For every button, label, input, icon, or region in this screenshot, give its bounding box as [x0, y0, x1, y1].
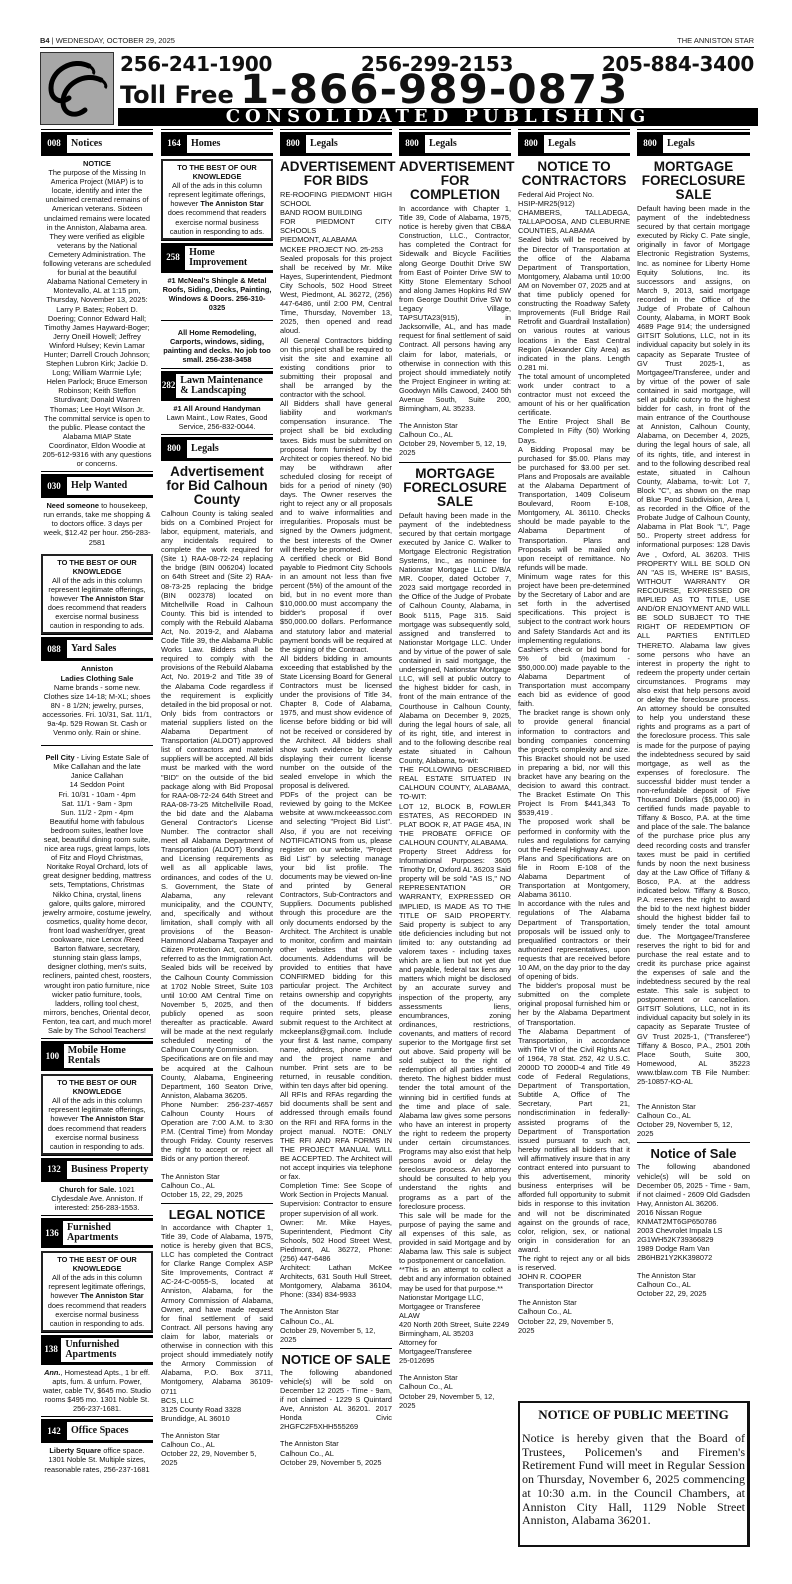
sig-line: October 22, 29, November 5, 2025 — [518, 1317, 630, 1335]
legal-paragraph: Owner: Mr. Mike Hayes, Superintendent, P… — [280, 1218, 392, 1263]
attorney-address: Nationstar Mortgage LLC, Mortgagee or Tr… — [399, 1293, 511, 1366]
sig-line: Calhoun Co., AL — [637, 1280, 750, 1289]
legal-paragraph: Supervision: Contractor to ensure proper… — [280, 1199, 392, 1217]
legal-paragraph: Sealed proposals for this project shall … — [280, 254, 392, 336]
column-5: 800Legals NOTICE TO CONTRACTORS Federal … — [518, 130, 630, 1335]
page-folio: B4 | WEDNESDAY, OCTOBER 29, 2025 THE ANN… — [40, 36, 754, 48]
legal-paragraph: The right to reject any or all bids is r… — [518, 1254, 630, 1272]
section-code: 138 — [41, 1338, 61, 1362]
section-header-lawn: 282Lawn Maintenance & Landscaping — [161, 371, 273, 401]
disclaimer-paper: The Anniston Star — [80, 594, 143, 603]
sig-line: October 29, November 5, 12, 2025 — [280, 1326, 392, 1344]
sig-line: Calhoun Co., AL — [399, 1382, 511, 1391]
sig-line: Calhoun Co., AL — [161, 1440, 273, 1449]
legal-paragraph: Completion Time: See Scope of Work Secti… — [280, 1181, 392, 1199]
legal-paragraph: The bracket range is shown only to provi… — [518, 708, 630, 817]
disclaimer-title: TO THE BEST OF OUR KNOWLEDGE — [177, 163, 257, 181]
notice-of-sale-title: Notice of Sale — [637, 1147, 750, 1160]
sig-line: October 29, November 5, 12, 2025 — [399, 1392, 511, 1410]
column-2: 164Homes TO THE BEST OF OUR KNOWLEDGEAll… — [161, 130, 273, 1467]
publication-info: The Anniston StarCalhoun Co., ALOctober … — [161, 1431, 273, 1467]
vehicle-line: 2B6HB21Y2KK398072 — [637, 1253, 750, 1262]
sig-line: Calhoun Co., AL — [161, 1181, 273, 1190]
newspaper-name: THE ANNISTON STAR — [677, 36, 754, 47]
section-code: 800 — [518, 135, 544, 153]
sig-line: Calhoun Co., AL — [280, 1317, 392, 1326]
section-code: 258 — [161, 246, 185, 270]
sig-line: The Anniston Star — [280, 1307, 392, 1316]
publication-info: The Anniston StarCalhoun Co., ALOctober … — [161, 1172, 273, 1199]
disclaimer-text-2: does recommend that readers exercise nor… — [48, 1301, 147, 1328]
addr-line: Brundidge, AL 36010 — [161, 1414, 273, 1423]
addr-line: 25-012695 — [399, 1356, 511, 1365]
sig-line: The Anniston Star — [637, 1102, 750, 1111]
section-header-business-property: 132Business Property — [41, 1158, 153, 1182]
legal-paragraph: **This is an attempt to collect a debt a… — [399, 1265, 511, 1292]
project-heading: RE-ROOFING PIEDMONT HIGH SCHOOLBAND ROOM… — [280, 190, 392, 254]
notice-of-sale-title: NOTICE OF SALE — [280, 1353, 392, 1366]
addr-line: Birmingham, AL 35203 — [399, 1329, 511, 1338]
notice-body: The purpose of the Missing In America Pr… — [42, 168, 152, 414]
head-line: MCKEE PROJECT NO. 25-253 — [280, 245, 392, 254]
disclaimer-title: TO THE BEST OF OUR KNOWLEDGE — [57, 1078, 137, 1096]
column-1: 008Notices NOTICE The purpose of the Mis… — [41, 130, 153, 1478]
legal-paragraph: Plans and Specifications are on file in … — [518, 854, 630, 899]
ad-lead: Pell City — [45, 753, 74, 762]
section-code: 008 — [41, 135, 67, 153]
divider — [637, 1142, 750, 1143]
toll-free: Toll Free 1-866-989-0873 — [120, 73, 754, 112]
legal-ad-title: ADVERTISEMENT FOR BIDS — [280, 160, 392, 188]
head-line: CHAMBERS, TALLADEGA, TALLAPOOSA, AND CLE… — [518, 208, 630, 235]
legal-paragraph: The proposed work shall be performed in … — [518, 817, 630, 853]
disclaimer-box: TO THE BEST OF OUR KNOWLEDGEAll of the a… — [41, 554, 153, 635]
sig-line: Calhoun Co., AL — [637, 1111, 750, 1120]
publication-info: The Anniston StarCalhoun Co., ALOctober … — [637, 1102, 750, 1138]
section-code: 800 — [637, 135, 663, 153]
legal-paragraph: All RFIs and RFAs regarding the bid docu… — [280, 1090, 392, 1181]
section-code: 142 — [41, 1422, 67, 1440]
section-title: Office Spaces — [67, 1422, 133, 1440]
notice-body-2: The committal service is open to the pub… — [42, 414, 152, 469]
section-code: 800 — [280, 135, 306, 153]
legal-paragraph: All Bidders shall have general liability… — [280, 399, 392, 554]
disclaimer-box: TO THE BEST OF OUR KNOWLEDGEAll of the a… — [41, 1251, 153, 1332]
section-code: 282 — [161, 374, 176, 398]
section-title: Yard Sales — [67, 640, 120, 658]
disclaimer-paper: The Anniston Star — [80, 1291, 143, 1300]
head-line: PIEDMONT, ALABAMA — [280, 235, 392, 244]
toll-free-number: 1-866-989-0873 — [240, 73, 628, 107]
legal-notice-title: LEGAL NOTICE — [161, 1208, 273, 1221]
vehicle-line: KNMAT2MT6GP650786 — [637, 1217, 750, 1226]
signer: JOHN R. COOPERTransportation Director — [518, 1272, 630, 1290]
vehicle-line: 2016 Nissan Rogue — [637, 1208, 750, 1217]
legal-ad-title: Advertisement for Bid Calhoun County — [161, 465, 273, 507]
section-code: 132 — [41, 1161, 67, 1179]
sig-line: October 22, 29, November 5, 2025 — [161, 1449, 273, 1467]
section-header-homes: 164Homes — [161, 132, 273, 156]
section-title: Legals — [544, 135, 580, 153]
section-code: 164 — [161, 135, 187, 153]
notice-heading: NOTICE — [42, 159, 152, 168]
public-meeting-body: Notice is hereby given that the Board of… — [522, 1432, 745, 1528]
section-header-home-improvement: 258Home Improvement — [161, 243, 273, 273]
publication-info: The Anniston StarCalhoun Co., ALOctober … — [518, 1298, 630, 1334]
legal-paragraph: In accordance with the rules and regulat… — [518, 899, 630, 981]
page-number: B4 — [40, 36, 50, 45]
divider — [161, 1203, 273, 1204]
disclaimer-paper: The Anniston Star — [80, 1114, 143, 1123]
section-code: 800 — [161, 440, 187, 458]
public-meeting-notice: NOTICE OF PUBLIC MEETING Notice is hereb… — [518, 1401, 750, 1547]
issue-date: WEDNESDAY, OCTOBER 29, 2025 — [56, 36, 175, 45]
legal-paragraph: A certified check or Bid Bond payable to… — [280, 554, 392, 654]
publication-info: The Anniston StarCalhoun Co., ALOctober … — [280, 1307, 392, 1343]
legal-paragraph: THE FOLLOWING DESCRIBED REAL ESTATE SITU… — [399, 765, 511, 801]
completion-title: ADVERTISEMENT FOR COMPLETION — [399, 160, 511, 202]
sig-line: The Anniston Star — [161, 1431, 273, 1440]
section-header-unfurnished: 138Unfurnished Apartments — [41, 1335, 153, 1365]
unfurnished-ad: Ann., Homestead Apts., 1 br eff. apts, f… — [41, 1365, 153, 1417]
bids-body: Sealed proposals for this project shall … — [280, 254, 392, 1300]
legal-paragraph: This sale will be made for the purpose o… — [399, 1211, 511, 1266]
section-title: Notices — [67, 135, 106, 153]
legal-paragraph: Specifications are on file and may be ac… — [161, 1054, 273, 1099]
project-heading: Federal Aid Project No.HSIP-MR25(912)CHA… — [518, 190, 630, 235]
section-title: Lawn Maintenance & Landscaping — [176, 374, 273, 398]
divider — [399, 462, 511, 463]
column-4: 800Legals ADVERTISEMENT FOR COMPLETION I… — [399, 130, 511, 1410]
addr-line: BCS, LLC — [161, 1396, 273, 1405]
legal-paragraph: Cashier's check or bid bond for 5% of bi… — [518, 645, 630, 709]
ad-lead: #1 All Around Handyman — [173, 404, 260, 413]
disclaimer-text-2: does recommend that readers exercise nor… — [168, 208, 267, 235]
sig-line: October 29, November 5, 12, 19, 2025 — [399, 439, 511, 457]
section-title: Furnished Apartments — [63, 1221, 153, 1245]
head-line: RE-ROOFING PIEDMONT HIGH SCHOOL — [280, 190, 392, 208]
bid-calhoun-body: Calhoun County is taking sealed bids on … — [161, 509, 273, 1164]
section-title: Homes — [187, 135, 224, 153]
disclaimer-text-2: does recommend that readers exercise nor… — [48, 603, 147, 630]
section-title: Legals — [663, 135, 699, 153]
roofing-ad: #1 McNeal's Shingle & Metal Roofs, Sidin… — [161, 273, 273, 316]
ad-line: Sat. 11/1 - 9am - 3pm — [42, 799, 152, 808]
legal-paragraph: Calhoun County is taking sealed bids on … — [161, 509, 273, 709]
section-title: Mobile Home Rentals — [64, 1044, 153, 1068]
notice-to-contractors-title: NOTICE TO CONTRACTORS — [518, 160, 630, 188]
legal-paragraph: Sealed bids will be received by the Dire… — [518, 235, 630, 371]
section-code: 136 — [41, 1221, 63, 1245]
section-header-help-wanted: 030Help Wanted — [41, 474, 153, 498]
foreclosure-title: MORTGAGE FORECLOSURE SALE — [399, 467, 511, 509]
divider — [161, 320, 273, 321]
head-line: Federal Aid Project No. — [518, 190, 630, 199]
publication-info: The Anniston StarCalhoun Co., ALOctober … — [399, 1373, 511, 1409]
column-3: 800Legals ADVERTISEMENT FOR BIDS RE-ROOF… — [280, 130, 392, 1467]
disclaimer-box: TO THE BEST OF OUR KNOWLEDGEAll of the a… — [161, 159, 273, 240]
divider — [41, 745, 153, 746]
sig-line: The Anniston Star — [280, 1439, 392, 1448]
classified-banner: 256-241-1900 256-299-2153 205-884-3400 T… — [40, 52, 754, 125]
ad-lead: Church for Sale. — [59, 1185, 116, 1194]
legal-paragraph: PDFs of the project can be reviewed by g… — [280, 790, 392, 1090]
disclaimer-title: TO THE BEST OF OUR KNOWLEDGE — [57, 1255, 137, 1273]
remodeling-ad: All Home Remodeling, Carports, windows, … — [161, 325, 273, 368]
company-name: CONSOLIDATED PUBLISHING — [118, 108, 758, 126]
ad-lead: Liberty Square — [49, 1446, 101, 1455]
cc-logo-icon — [40, 52, 114, 125]
foreclosure-body: Default having been made in the payment … — [399, 511, 511, 1293]
section-header-furnished: 136Furnished Apartments — [41, 1218, 153, 1248]
legal-paragraph: Default having been made in the payment … — [399, 511, 511, 766]
publication-info: The Anniston StarCalhoun Co., ALOctober … — [637, 1271, 750, 1298]
sig-line: The Anniston Star — [518, 1298, 630, 1307]
section-header-notices: 008Notices — [41, 132, 153, 156]
legal-paragraph: Sealed bids will be received by the Calh… — [161, 963, 273, 1054]
legal-paragraph: In accordance with Chapter 1, Title 39, … — [399, 204, 511, 413]
section-title: Help Wanted — [67, 477, 131, 495]
section-header-legals: 800Legals — [399, 132, 511, 156]
section-code: 100 — [41, 1044, 64, 1068]
addr-line: 3125 County Road 3328 — [161, 1405, 273, 1414]
ad-lead: Need someone — [46, 501, 99, 510]
divider — [280, 1348, 392, 1349]
section-title: Legals — [187, 440, 223, 458]
section-title: Legals — [306, 135, 342, 153]
section-header-legals: 800Legals — [637, 132, 750, 156]
sig-line: The Anniston Star — [399, 421, 511, 430]
legal-paragraph: In accordance with Chapter 1, Title 39, … — [161, 1223, 273, 1396]
section-header-legals: 800Legals — [280, 132, 392, 156]
head-line: FOR PIEDMONT CITY SCHOOLS — [280, 217, 392, 235]
legal-paragraph: Architect: Lathan McKee Architects, 631 … — [280, 1263, 392, 1299]
section-header-legals: 800Legals — [518, 132, 630, 156]
sig-line: The Anniston Star — [161, 1172, 273, 1181]
section-code: 030 — [41, 477, 67, 495]
handyman-ad: #1 All Around HandymanLawn Maint., Low R… — [161, 401, 273, 435]
miap-notice: NOTICE The purpose of the Missing In Ame… — [41, 156, 153, 472]
ad-lead: Ann. — [44, 1368, 60, 1377]
legal-paragraph: All General Contractors bidding on this … — [280, 336, 392, 400]
publication-info: The Anniston StarCalhoun Co., ALOctober … — [399, 421, 511, 457]
ad-body: Beautiful home with fabulous bedroom sui… — [42, 817, 152, 1035]
section-code: 088 — [41, 640, 67, 658]
legal-paragraph: Only bids from contractors or material s… — [161, 709, 273, 964]
disclaimer-text-2: does recommend that readers exercise nor… — [48, 1124, 147, 1151]
section-title: Unfurnished Apartments — [61, 1338, 153, 1362]
vehicle-line: 2G1WH52K739366829 — [637, 1235, 750, 1244]
addr-line: Attorney for Mortgagee/Transferee — [399, 1338, 511, 1356]
office-ad: Liberty Square office space. 1301 Noble … — [41, 1443, 153, 1477]
addr-line: 420 North 20th Street, Suite 2249 — [399, 1320, 511, 1329]
section-title: Home Improvement — [185, 246, 273, 270]
ad-line: Fri. 10/31 - 10am - 4pm — [42, 790, 152, 799]
sig-line: Calhoun Co., AL — [280, 1449, 392, 1458]
ad-line: 14 Seddon Point — [42, 780, 152, 789]
disclaimer-title: TO THE BEST OF OUR KNOWLEDGE — [57, 558, 137, 576]
sig-line: Calhoun Co., AL — [399, 430, 511, 439]
ad-body: Name brands - some new. Clothes size 14-… — [42, 683, 152, 738]
legal-paragraph: Minimum wage rates for this project have… — [518, 572, 630, 645]
section-header-yard-sales: 088Yard Sales — [41, 637, 153, 661]
legal-paragraph: Default having been made in the payment … — [637, 204, 750, 1086]
section-code: 800 — [399, 135, 425, 153]
sig-line: The Anniston Star — [637, 1271, 750, 1280]
public-meeting-title: NOTICE OF PUBLIC MEETING — [522, 1407, 745, 1422]
toll-free-label: Toll Free — [120, 78, 234, 112]
vehicle-line: 2003 Chevrolet Impala LS — [637, 1226, 750, 1235]
head-line: HSIP-MR25(912) — [518, 199, 630, 208]
sig-line: October 15, 22, 29, 2025 — [161, 1190, 273, 1199]
vehicle-line: 1989 Dodge Ram Van — [637, 1244, 750, 1253]
section-header-office: 142Office Spaces — [41, 1419, 153, 1443]
section-header-mobile-home: 100Mobile Home Rentals — [41, 1041, 153, 1071]
legal-paragraph: The following abandoned vehicle(s) will … — [637, 1162, 750, 1207]
addr-line: ALAW — [399, 1311, 511, 1320]
yard-sale-ad-1: AnnistonLadies Clothing Sale Name brands… — [41, 661, 153, 741]
vehicle-list: 2016 Nissan RogueKNMAT2MT6GP6507862003 C… — [637, 1208, 750, 1263]
signer-title: Transportation Director — [518, 1281, 630, 1290]
sig-line: October 22, 29, 2025 — [637, 1289, 750, 1298]
contractors-body: Sealed bids will be received by the Dire… — [518, 235, 630, 1272]
legal-paragraph: The total amount of uncompleted work und… — [518, 372, 630, 417]
sig-line: October 29, November 5, 2025 — [280, 1458, 392, 1467]
yard-sale-ad-2: Pell City - Living Estate Sale of Mike C… — [41, 750, 153, 1039]
column-6: 800Legals MORTGAGE FORECLOSURE SALE Defa… — [637, 130, 750, 1298]
addr-line: Nationstar Mortgage LLC, Mortgagee or Tr… — [399, 1293, 511, 1311]
section-title: Legals — [425, 135, 461, 153]
foreclosure-title: MORTGAGE FORECLOSURE SALE — [637, 160, 750, 202]
legal-paragraph: LOT 12, BLOCK B, FOWLER ESTATES, AS RECO… — [399, 802, 511, 847]
signer-name: JOHN R. COOPER — [518, 1272, 630, 1281]
legal-paragraph: The bidder's proposal must be submitted … — [518, 981, 630, 1026]
section-header-legals: 800Legals — [161, 437, 273, 461]
legal-paragraph: Phone Number: 256-237-4657 Calhoun Count… — [161, 1100, 273, 1164]
sig-line: The Anniston Star — [399, 1373, 511, 1382]
section-title: Business Property — [67, 1161, 152, 1179]
disclaimer-box: TO THE BEST OF OUR KNOWLEDGEAll of the a… — [41, 1074, 153, 1155]
ad-title: Anniston — [81, 664, 113, 673]
legal-paragraph: All bidders bidding in amounts exceeding… — [280, 654, 392, 790]
publication-info: The Anniston StarCalhoun Co., ALOctober … — [280, 1439, 392, 1466]
ad-line: Sun. 11/2 - 2pm - 4pm — [42, 808, 152, 817]
legal-paragraph: The following abandoned vehicle(s) will … — [280, 1368, 392, 1432]
disclaimer-paper: The Anniston Star — [200, 199, 263, 208]
sig-line: Calhoun Co., AL — [518, 1307, 630, 1316]
ad-body: Lawn Maint., Low Rates, Good Service, 25… — [166, 413, 267, 431]
sig-line: October 29, November 5, 12, 2025 — [637, 1120, 750, 1138]
head-line: BAND ROOM BUILDING — [280, 208, 392, 217]
legal-paragraph: The Entire Project Shall Be Completed In… — [518, 417, 630, 444]
help-wanted-ad: Need someone to housekeep, run errands, … — [41, 498, 153, 550]
legal-paragraph: Property Street Address for Informationa… — [399, 847, 511, 1211]
ad-subtitle: Ladies Clothing Sale — [61, 674, 134, 683]
legal-paragraph: The Alabama Department of Transportation… — [518, 1027, 630, 1254]
business-property-ad: Church for Sale. 1021 Clydesdale Ave. An… — [41, 1182, 153, 1216]
legal-paragraph: A Bidding Proposal may be purchased for … — [518, 445, 630, 572]
contractor-address: BCS, LLC3125 County Road 3328Brundidge, … — [161, 1396, 273, 1423]
